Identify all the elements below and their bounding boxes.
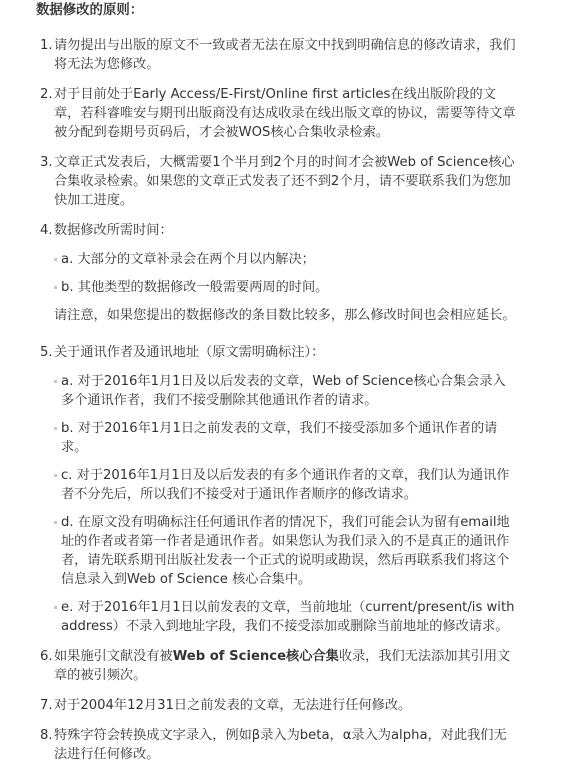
sub-item-text: b. 对于2016年1月1日之前发表的文章，我们不接受添加多个通讯作者的请求。 [61,421,497,455]
sub-list-item: b. 其他类型的数据修改一般需要两周的时间。 [61,278,516,297]
sub-list-item: b. 对于2016年1月1日之前发表的文章，我们不接受添加多个通讯作者的请求。 [61,419,516,457]
list-item: 1. 请勿提出与出版的原文不一致或者无法在原文中找到明确信息的修改请求，我们将无… [54,36,516,74]
note-text: 请注意，如果您提出的数据修改的条目数比较多，那么修改时间也会相应延长。 [54,306,516,325]
list-item: 4. 数据修改所需时间： a. 大部分的文章补录会在两个月以内解决； b. 其他… [54,221,516,325]
list-item: 8. 特殊字符会转换成文字录入，例如β录入为beta，α录入为alpha，对此我… [54,726,516,764]
sub-list: a. 大部分的文章补录会在两个月以内解决； b. 其他类型的数据修改一般需要两周… [54,250,516,297]
item-text: 对于2004年12月31日之前发表的文章，无法进行任何修改。 [54,698,411,713]
sub-item-text: c. 对于2016年1月1日及以后发表的有多个通讯作者的文章，我们认为通讯作者不… [61,468,509,502]
item-text: 特殊字符会转换成文字录入，例如β录入为beta，α录入为alpha，对此我们无法… [54,728,507,762]
sub-item-text: a. 大部分的文章补录会在两个月以内解决； [61,252,315,267]
sub-item-text: d. 在原文没有明确标注任何通讯作者的情况下，我们可能会认为留有email地址的… [61,515,510,587]
item-text-before: 如果施引文献没有被 [54,649,173,664]
sub-list-item: a. 对于2016年1月1日及以后发表的文章，Web of Science核心合… [61,372,516,410]
sub-list-item: c. 对于2016年1月1日及以后发表的有多个通讯作者的文章，我们认为通讯作者不… [61,466,516,504]
list-item: 6. 如果施引文献没有被Web of Science核心合集收录，我们无法添加其… [54,647,516,685]
square-bullet-icon [54,380,57,383]
sub-list: a. 对于2016年1月1日及以后发表的文章，Web of Science核心合… [54,372,516,636]
item-number: 1. [40,36,53,55]
square-bullet-icon [54,258,57,261]
sub-list-item: a. 大部分的文章补录会在两个月以内解决； [61,250,516,269]
item-number: 4. [40,221,53,240]
list-item: 3. 文章正式发表后，大概需要1个半月到2个月的时间才会被Web of Scie… [54,153,516,210]
item-number: 2. [40,85,53,104]
list-item: 5. 关于通讯作者及通讯地址（原文需明确标注）： a. 对于2016年1月1日及… [54,343,516,636]
item-number: 6. [40,647,53,666]
principles-list: 1. 请勿提出与出版的原文不一致或者无法在原文中找到明确信息的修改请求，我们将无… [0,36,516,772]
sub-item-text: b. 其他类型的数据修改一般需要两周的时间。 [61,280,328,295]
item-number: 7. [40,696,53,715]
square-bullet-icon [54,606,57,609]
list-item: 7. 对于2004年12月31日之前发表的文章，无法进行任何修改。 [54,696,516,715]
item-text: 数据修改所需时间： [54,223,173,238]
square-bullet-icon [54,521,57,524]
square-bullet-icon [54,474,57,477]
section-title: 数据修改的原则： [36,1,143,20]
sub-list-item: d. 在原文没有明确标注任何通讯作者的情况下，我们可能会认为留有email地址的… [61,513,516,589]
list-item: 2. 对于目前处于Early Access/E-First/Online fir… [54,85,516,142]
item-number: 3. [40,153,53,172]
item-number: 5. [40,343,53,362]
item-text: 关于通讯作者及通讯地址（原文需明确标注）： [54,345,324,360]
sub-item-text: a. 对于2016年1月1日及以后发表的文章，Web of Science核心合… [61,374,506,408]
item-number: 8. [40,726,53,745]
item-text-bold: Web of Science核心合集 [173,649,339,664]
item-text: 请勿提出与出版的原文不一致或者无法在原文中找到明确信息的修改请求，我们将无法为您… [54,38,516,72]
square-bullet-icon [54,427,57,430]
item-text: 文章正式发表后，大概需要1个半月到2个月的时间才会被Web of Science… [54,155,515,208]
item-text: 对于目前处于Early Access/E-First/Online first … [54,87,516,140]
sub-item-text: e. 对于2016年1月1日以前发表的文章，当前地址（current/prese… [61,600,515,634]
sub-list-item: e. 对于2016年1月1日以前发表的文章，当前地址（current/prese… [61,598,516,636]
square-bullet-icon [54,286,57,289]
